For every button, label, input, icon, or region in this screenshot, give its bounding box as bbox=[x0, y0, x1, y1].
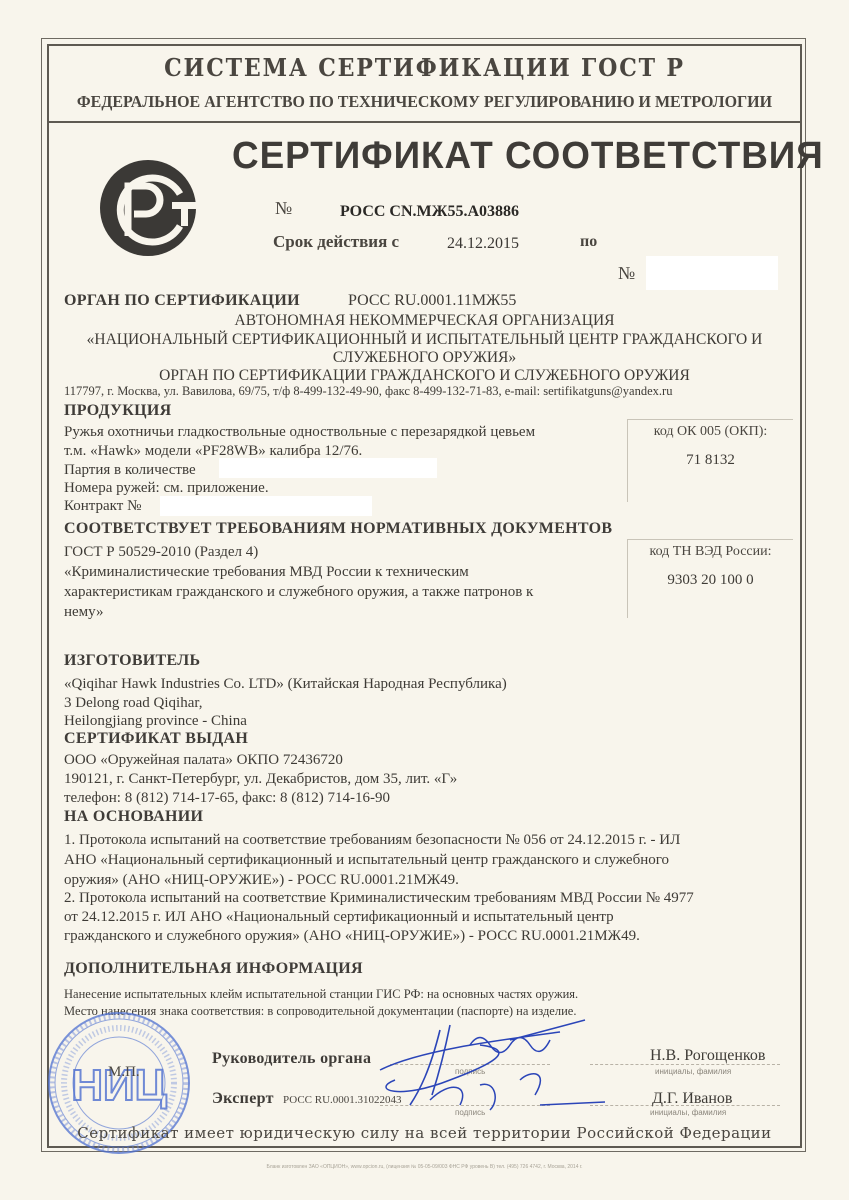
expert-name: Д.Г. Иванов bbox=[652, 1090, 732, 1108]
okp-code-value: 71 8132 bbox=[628, 452, 793, 469]
basis-line: 1. Протокола испытаний на соответствие т… bbox=[64, 832, 680, 849]
redacted-quantity bbox=[219, 458, 437, 478]
cert-body-code: РОСС RU.0001.11МЖ55 bbox=[348, 292, 516, 310]
valid-to-label: по bbox=[580, 233, 597, 251]
product-line: Партия в количестве bbox=[64, 462, 196, 479]
basis-line: гражданского и служебного оружия» (АНО «… bbox=[64, 928, 640, 945]
head-name-caption: инициалы, фамилия bbox=[655, 1067, 731, 1076]
conformity-heading: СООТВЕТСТВУЕТ ТРЕБОВАНИЯМ НОРМАТИВНЫХ ДО… bbox=[64, 520, 612, 538]
basis-line: АНО «Национальный сертификационный и исп… bbox=[64, 852, 669, 869]
certificate-title: СЕРТИФИКАТ СООТВЕТСТВИЯ bbox=[232, 135, 824, 178]
redacted-blank-number bbox=[646, 256, 778, 290]
seal-place-label: М.П. bbox=[108, 1064, 140, 1081]
validity-label: Срок действия с bbox=[273, 232, 399, 252]
okp-code-label: код ОК 005 (ОКП): bbox=[628, 424, 793, 440]
conformity-line: характеристикам гражданского и служебног… bbox=[64, 584, 533, 601]
manufacturer-line: 3 Delong road Qiqihar, bbox=[64, 695, 203, 712]
conformity-line: ГОСТ Р 50529-2010 (Раздел 4) bbox=[64, 544, 258, 561]
product-line: Номера ружей: см. приложение. bbox=[64, 480, 269, 497]
basis-line: от 24.12.2015 г. ИЛ АНО «Национальный се… bbox=[64, 909, 614, 926]
additional-heading: ДОПОЛНИТЕЛЬНАЯ ИНФОРМАЦИЯ bbox=[64, 960, 363, 978]
product-line: Ружья охотничьи гладкоствольные одноство… bbox=[64, 424, 535, 441]
certificate-number-label: № bbox=[275, 198, 292, 219]
valid-from-date: 24.12.2015 bbox=[447, 235, 519, 253]
legal-validity-note: Сертификат имеет юридическую силу на все… bbox=[47, 1124, 802, 1142]
cert-body-line: «НАЦИОНАЛЬНЫЙ СЕРТИФИКАЦИОННЫЙ И ИСПЫТАТ… bbox=[47, 331, 802, 349]
tnved-code-label: код ТН ВЭД России: bbox=[628, 544, 793, 560]
certificate-number: РОСС CN.МЖ55.А03886 bbox=[340, 203, 519, 221]
tnved-code-value: 9303 20 100 0 bbox=[628, 572, 793, 589]
head-label: Руководитель органа bbox=[212, 1050, 371, 1068]
redacted-contract-number bbox=[160, 496, 372, 516]
tnved-code-box: код ТН ВЭД России: 9303 20 100 0 bbox=[627, 539, 793, 618]
system-title: СИСТЕМА СЕРТИФИКАЦИИ ГОСТ Р bbox=[77, 53, 772, 82]
handwritten-signature-icon bbox=[360, 1010, 620, 1130]
basis-line: 2. Протокола испытаний на соответствие К… bbox=[64, 890, 694, 907]
cert-body-heading: ОРГАН ПО СЕРТИФИКАЦИИ bbox=[64, 292, 300, 310]
expert-label: Эксперт bbox=[212, 1090, 274, 1108]
cert-body-line: СЛУЖЕБНОГО ОРУЖИЯ» bbox=[47, 349, 802, 367]
basis-line: оружия» (АНО «НИЦ-ОРУЖИЕ») - РОСС RU.000… bbox=[64, 872, 459, 889]
basis-heading: НА ОСНОВАНИИ bbox=[64, 808, 203, 826]
expert-name-caption: инициалы, фамилия bbox=[650, 1108, 726, 1117]
agency-name: ФЕДЕРАЛЬНОЕ АГЕНТСТВО ПО ТЕХНИЧЕСКОМУ РЕ… bbox=[70, 92, 780, 112]
issued-to-line: ООО «Оружейная палата» ОКПО 72436720 bbox=[64, 752, 343, 769]
blank-number-label: № bbox=[618, 263, 635, 284]
product-heading: ПРОДУКЦИЯ bbox=[64, 402, 171, 420]
issued-to-line: телефон: 8 (812) 714-17-65, факс: 8 (812… bbox=[64, 790, 390, 807]
blank-printer-footer: Бланк изготовлен ЗАО «ОПЦИОН», www.opcio… bbox=[0, 1164, 849, 1170]
issued-to-line: 190121, г. Санкт-Петербург, ул. Декабрис… bbox=[64, 771, 457, 788]
cert-body-line: ОРГАН ПО СЕРТИФИКАЦИИ ГРАЖДАНСКОГО И СЛУ… bbox=[47, 367, 802, 385]
manufacturer-line: Heilongjiang province - China bbox=[64, 713, 247, 730]
rst-logo-icon bbox=[98, 158, 198, 258]
head-name: Н.В. Рогощенков bbox=[650, 1047, 765, 1065]
product-line: Контракт № bbox=[64, 498, 141, 515]
okp-code-box: код ОК 005 (ОКП): 71 8132 bbox=[627, 419, 793, 502]
cert-body-line: АВТОНОМНАЯ НЕКОММЕРЧЕСКАЯ ОРГАНИЗАЦИЯ bbox=[47, 312, 802, 330]
manufacturer-heading: ИЗГОТОВИТЕЛЬ bbox=[64, 652, 200, 670]
conformity-line: нему» bbox=[64, 604, 104, 621]
conformity-line: «Криминалистические требования МВД Росси… bbox=[64, 564, 469, 581]
header-divider bbox=[47, 121, 802, 123]
cert-body-address: 117797, г. Москва, ул. Вавилова, 69/75, … bbox=[64, 384, 672, 399]
additional-line: Нанесение испытательных клейм испытатель… bbox=[64, 987, 578, 1002]
manufacturer-line: «Qiqihar Hawk Industries Co. LTD» (Китай… bbox=[64, 676, 507, 693]
issued-to-heading: СЕРТИФИКАТ ВЫДАН bbox=[64, 730, 248, 748]
